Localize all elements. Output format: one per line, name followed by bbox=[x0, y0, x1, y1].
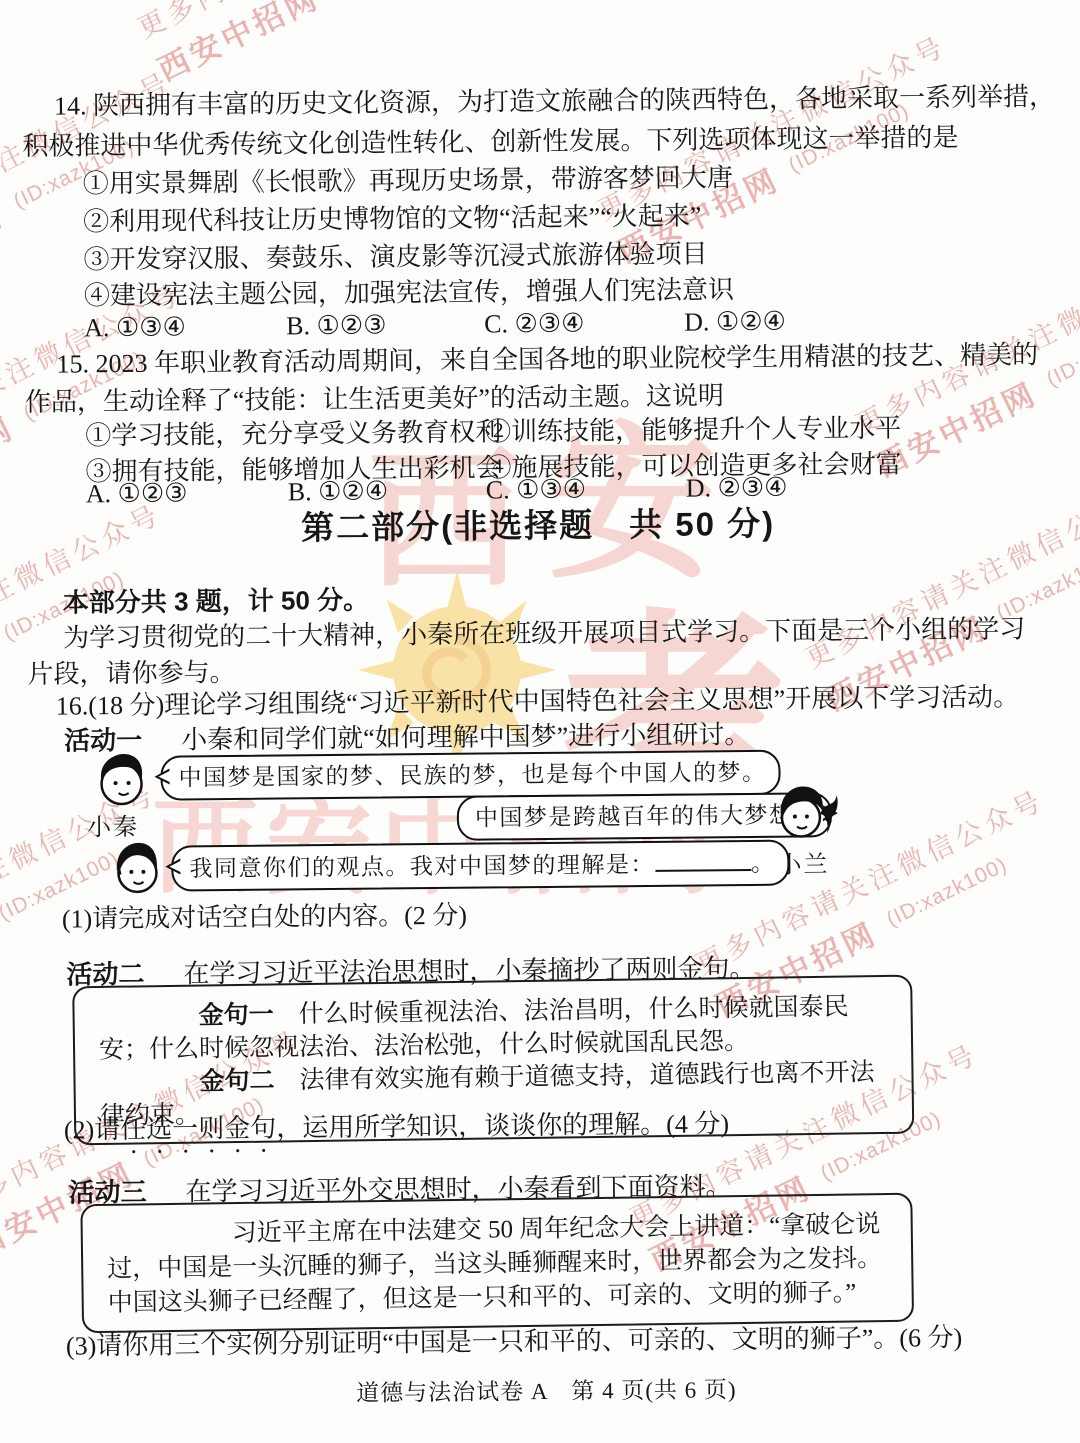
quote2-label: 金句二 bbox=[199, 1067, 274, 1096]
q2-emphasized: 任选一则金句 bbox=[120, 1114, 276, 1144]
q14-choice-d: D. ①②④ bbox=[684, 304, 786, 341]
page-footer: 道德与法治试卷 A 第 4 页(共 6 页) bbox=[6, 1369, 1080, 1415]
q14-choice-b: B. ①②③ bbox=[286, 307, 387, 344]
q14-option-3: ③开发穿汉服、奏鼓乐、演皮影等沉浸式旅游体验项目 bbox=[83, 236, 707, 278]
golden-quote-1: 金句一 什么时候重视法治、法治昌明，什么时候就国泰民安；什么时候忽视法治、法治松… bbox=[98, 990, 889, 1067]
q14-line1: 14. 陕西拥有丰富的历史文化资源，为打造文旅融合的陕西特色，各地采取一系列举措… bbox=[54, 79, 1055, 125]
q15-option-2: ②训练技能，能够提升个人专业水平 bbox=[485, 411, 901, 451]
material-box: 习近平主席在中法建交 50 周年纪念大会上讲道：“拿破仑说过，中国是一头沉睡的狮… bbox=[80, 1193, 914, 1334]
q14-choice-a: A. ①③④ bbox=[84, 309, 186, 346]
question-3: (3)请你用三个实例分别证明“中国是一只和平的、可亲的、文明的狮子”。(6 分) bbox=[66, 1320, 963, 1365]
speech-bubble-3: 我同意你们的观点。我对中国梦的理解是：。 bbox=[171, 840, 789, 892]
q15-option-1: ①学习技能，充分享受义务教育权利 bbox=[85, 414, 501, 454]
question-2: (2)请任选一则金句，运用所学知识，谈谈你的理解。(4 分) bbox=[64, 1106, 730, 1159]
q15-choice-b: B. ①②④ bbox=[288, 473, 389, 510]
bubble3-period: 。 bbox=[751, 851, 776, 876]
q14-option-2: ②利用现代科技让历史博物馆的文物“活起来”“火起来” bbox=[83, 198, 701, 240]
bubble3-text: 我同意你们的观点。我对中国梦的理解是： bbox=[189, 852, 655, 881]
quote1-label: 金句一 bbox=[198, 1001, 273, 1030]
q14-option-4: ④建设宪法主题公园，加强宪法宣传，增强人们宪法意识 bbox=[84, 272, 734, 314]
q15-choice-a: A. ①②③ bbox=[86, 475, 188, 512]
q2-prefix: (2)请 bbox=[64, 1115, 121, 1145]
q14-line2: 积极推进中华优秀传统文化创造性转化、创新性发展。下列选项体现这一举措的是 bbox=[22, 120, 958, 165]
q15-choice-c: C. ①③④ bbox=[486, 472, 587, 509]
material-text: 习近平主席在中法建交 50 周年纪念大会上讲道：“拿破仑说过，中国是一头沉睡的狮… bbox=[107, 1208, 890, 1321]
q15-choice-d: D. ②③④ bbox=[686, 470, 788, 507]
xiaoqin-avatar-icon bbox=[90, 750, 153, 813]
answer-blank bbox=[655, 851, 751, 872]
section2-intro: 本部分共 3 题，计 50 分。 bbox=[63, 582, 370, 621]
q14-choice-c: C. ②③④ bbox=[484, 306, 585, 343]
xiaolan-avatar-icon bbox=[771, 781, 842, 848]
q15-line1: 15. 2023 年职业教育活动周期间，来自全国各地的职业院校学生用精湛的技艺、… bbox=[56, 337, 1038, 382]
question-1: (1)请完成对话空白处的内容。(2 分) bbox=[62, 898, 467, 938]
q14-option-1: ①用实景舞剧《长恨歌》再现历史场景，带游客梦回大唐 bbox=[83, 160, 733, 202]
dialog-illustration: 小秦 中国梦是国家的梦、民族的梦，也是每个中国人的梦。 中国梦是跨越百年的伟大梦… bbox=[28, 737, 1039, 905]
q2-suffix: ，运用所学知识，谈谈你的理解。(4 分) bbox=[276, 1109, 729, 1142]
exam-page: 14. 陕西拥有丰富的历史文化资源，为打造文旅融合的陕西特色，各地采取一系列举措… bbox=[0, 0, 1080, 1443]
